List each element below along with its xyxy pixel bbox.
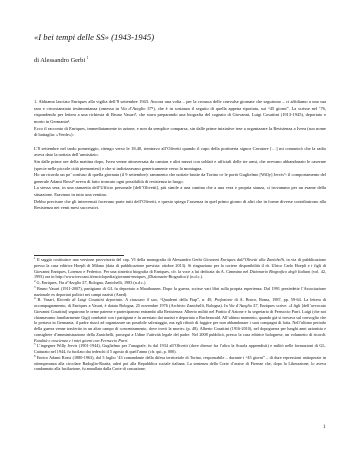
author-line: di Alessandro Gerbi 1 xyxy=(34,57,89,64)
footnote-separator xyxy=(34,255,124,256)
footnote-ref-1[interactable]: 1 xyxy=(87,56,89,60)
document-page: «I bei tempi delle SS» (1943-1945) di Al… xyxy=(0,0,360,466)
quote-paragraph-4: La stessa sera, in una stanzetta dell’Uf… xyxy=(34,185,326,198)
article-title: «I bei tempi delle SS» (1943-1945) xyxy=(34,32,154,42)
quote-paragraph-3: Ho un ricordo un po’ confuso di quella g… xyxy=(34,172,326,185)
footnotes: 1 Il saggio costituisce una versione pro… xyxy=(34,257,326,372)
paragraph-1: 1. Abbiamo lasciato Enriques alla vigili… xyxy=(34,99,326,126)
footnote-5: 5 L’ingegner Willy Jervis (1901-1944), G… xyxy=(34,343,326,355)
footnote-1: 1 Il saggio costituisce una versione pro… xyxy=(34,257,326,280)
title-text: «I bei tempi delle SS» xyxy=(34,32,109,42)
page-number: 1 xyxy=(323,425,326,430)
quote-paragraph-1: L’8 settembre nel tardo pomeriggio, rite… xyxy=(34,146,326,159)
paragraph-2: Ecco il racconto di Enriques, immediatam… xyxy=(34,126,326,139)
quote-paragraph-2: Sin dalle prime ore della mattina dopo, … xyxy=(34,159,326,172)
footnote-6: 6 Enrico Adami Rossi (1880-1963), dal 5 … xyxy=(34,355,326,372)
footnote-ref-3[interactable]: 3 xyxy=(135,112,137,116)
title-years: (1943-1945) xyxy=(111,32,154,42)
article-body: 1. Abbiamo lasciato Enriques alla vigili… xyxy=(34,99,326,212)
footnote-3: 3 Bruno Vasari (1911-2007), partigiano d… xyxy=(34,286,326,298)
quote-paragraph-5: Debbo precisare che gli intervenuti face… xyxy=(34,199,326,212)
author-name: di Alessandro Gerbi xyxy=(34,57,85,64)
footnote-4: 4 B. Vasari, Ricordo di Luigi Cosattini … xyxy=(34,297,326,343)
